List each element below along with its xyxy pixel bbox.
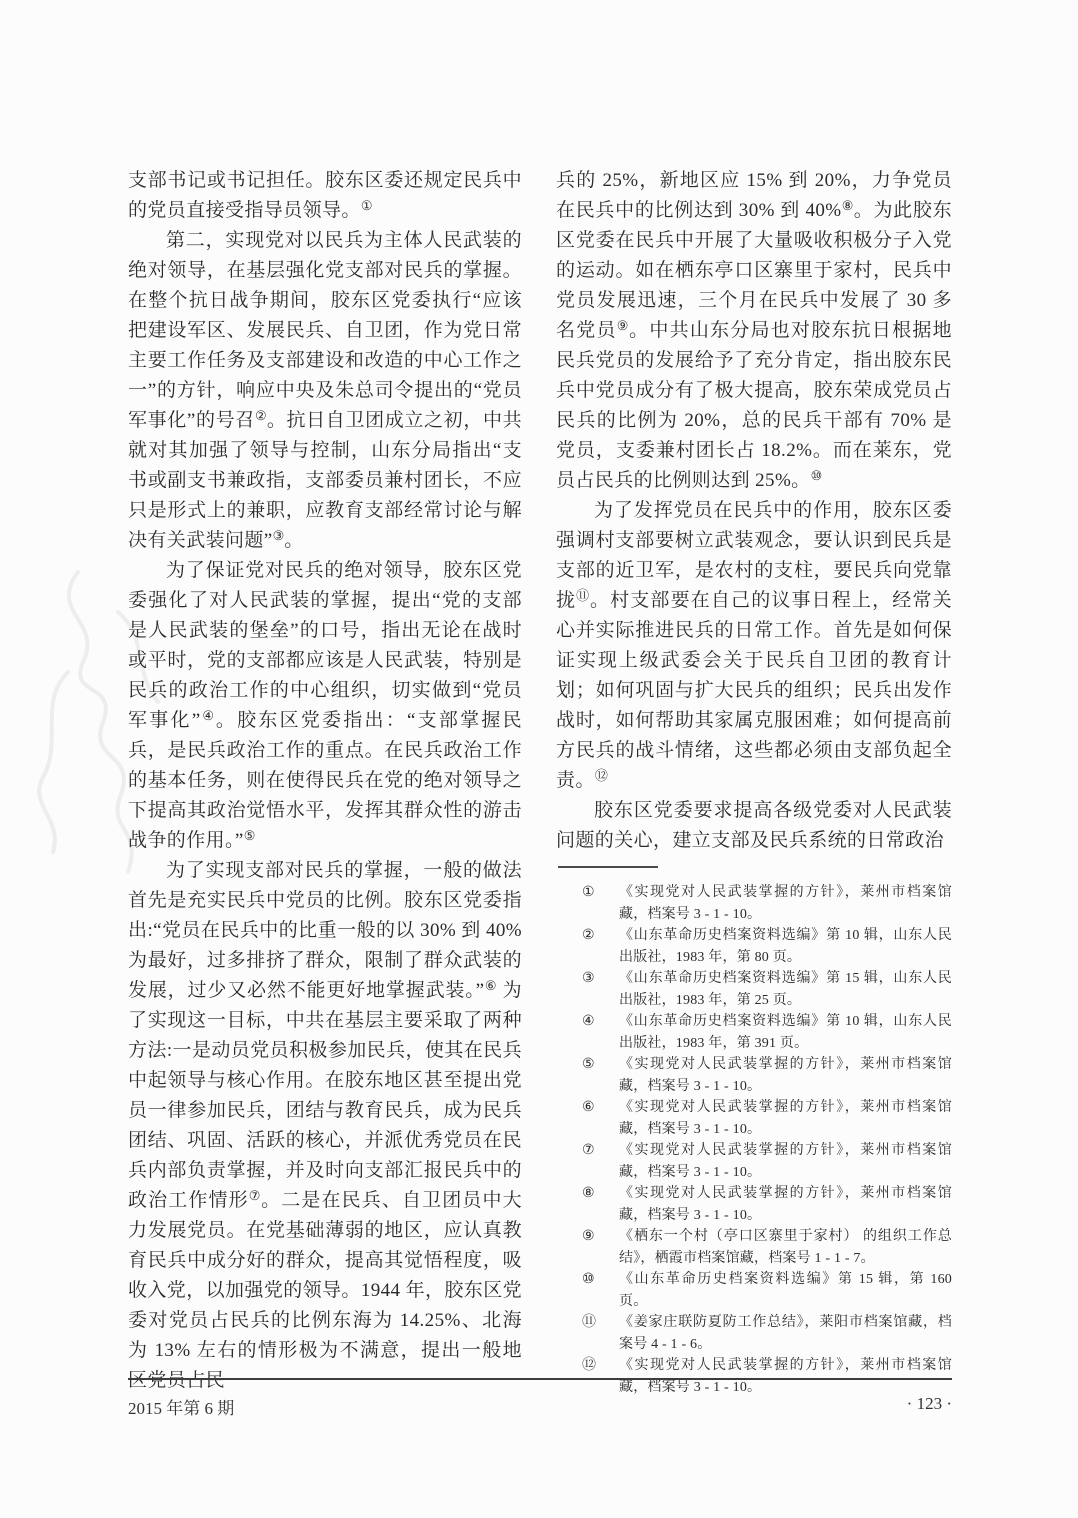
footnote-item: ⑦ 《实现党对人民武装掌握的方针》，莱州市档案馆藏，档案号 3 - 1 - 10… — [582, 1140, 952, 1183]
footer-issue: 2015 年第 6 期 — [128, 1394, 234, 1419]
footer-page-number: · 123 · — [907, 1394, 952, 1419]
footnote-text: 《实现党对人民武装掌握的方针》，莱州市档案馆藏，档案号 3 - 1 - 10。 — [619, 1140, 952, 1183]
footnote-item: ④ 《山东革命历史档案资料选编》第 10 辑，山东人民出版社，1983 年，第 … — [582, 1011, 952, 1054]
footnote-text: 《山东革命历史档案资料选编》第 10 辑，山东人民出版社，1983 年，第 39… — [619, 1011, 952, 1054]
footnote-marker: ④ — [582, 1011, 619, 1033]
footnote-text: 《实现党对人民武装掌握的方针》，莱州市档案馆藏，档案号 3 - 1 - 10。 — [619, 1097, 952, 1140]
footnote-text: 《实现党对人民武装掌握的方针》，莱州市档案馆藏，档案号 3 - 1 - 10。 — [619, 1355, 952, 1398]
footnote-text: 《姜家庄联防夏防工作总结》，莱阳市档案馆藏，档案号 4 - 1 - 6。 — [619, 1312, 952, 1355]
footnote-marker: ⑦ — [582, 1140, 619, 1162]
footnote-text: 《山东革命历史档案资料选编》第 10 辑，山东人民出版社，1983 年，第 80… — [619, 925, 952, 968]
page-footer: 2015 年第 6 期 · 123 · — [128, 1394, 952, 1419]
footnote-separator — [558, 866, 658, 868]
footnote-text: 《实现党对人民武装掌握的方针》，莱州市档案馆藏，档案号 3 - 1 - 10。 — [619, 1054, 952, 1097]
footnote-marker: ③ — [582, 968, 619, 990]
body-paragraph: 为了实现支部对民兵的掌握，一般的做法首先是充实民兵中党员的比例。胶东区党委指出:… — [128, 856, 522, 1396]
body-paragraph: 为了发挥党员在民兵中的作用，胶东区委强调村支部要树立武装观念，要认识到民兵是支部… — [556, 496, 952, 796]
footnote-item: ⑨ 《栖东一个村（亭口区寨里于家村） 的组织工作总结》，栖霞市档案馆藏，档案号 … — [582, 1226, 952, 1269]
footnote-item: ⑥ 《实现党对人民武装掌握的方针》，莱州市档案馆藏，档案号 3 - 1 - 10… — [582, 1097, 952, 1140]
footnote-text: 《实现党对人民武装掌握的方针》，莱州市档案馆藏，档案号 3 - 1 - 10。 — [619, 1183, 952, 1226]
footnote-marker: ② — [582, 925, 619, 947]
footer-rule — [128, 1378, 952, 1380]
body-paragraph: 第二，实现党对以民兵为主体人民武装的绝对领导，在基层强化党支部对民兵的掌握。在整… — [128, 226, 522, 556]
footnote-marker: ⑤ — [582, 1054, 619, 1076]
footnote-text: 《山东革命历史档案资料选编》第 15 辑，山东人民出版社，1983 年，第 25… — [619, 968, 952, 1011]
footnote-item: ① 《实现党对人民武装掌握的方针》，莱州市档案馆藏，档案号 3 - 1 - 10… — [582, 882, 952, 925]
left-text-column: 支部书记或书记担任。胶东区委还规定民兵中的党员直接受指导员领导。① 第二，实现党… — [128, 166, 522, 1396]
footnote-marker: ⑨ — [582, 1226, 619, 1248]
footnote-item: ⑪ 《姜家庄联防夏防工作总结》，莱阳市档案馆藏，档案号 4 - 1 - 6。 — [582, 1312, 952, 1355]
body-paragraph: 支部书记或书记担任。胶东区委还规定民兵中的党员直接受指导员领导。① — [128, 166, 522, 226]
footnotes-list: ① 《实现党对人民武装掌握的方针》，莱州市档案馆藏，档案号 3 - 1 - 10… — [556, 882, 952, 1398]
journal-page: 支部书记或书记担任。胶东区委还规定民兵中的党员直接受指导员领导。① 第二，实现党… — [0, 0, 1078, 1518]
footnote-item: ⑤ 《实现党对人民武装掌握的方针》，莱州市档案馆藏，档案号 3 - 1 - 10… — [582, 1054, 952, 1097]
footnote-marker: ⑧ — [582, 1183, 619, 1205]
footnote-text: 《栖东一个村（亭口区寨里于家村） 的组织工作总结》，栖霞市档案馆藏，档案号 1 … — [619, 1226, 952, 1269]
footnote-marker: ⑥ — [582, 1097, 619, 1119]
footnote-text: 《实现党对人民武装掌握的方针》，莱州市档案馆藏，档案号 3 - 1 - 10。 — [619, 882, 952, 925]
body-paragraph: 胶东区党委要求提高各级党委对人民武装问题的关心，建立支部及民兵系统的日常政治 — [556, 796, 952, 856]
footnote-item: ⑧ 《实现党对人民武装掌握的方针》，莱州市档案馆藏，档案号 3 - 1 - 10… — [582, 1183, 952, 1226]
body-paragraph: 兵的 25%，新地区应 15% 到 20%，力争党员在民兵中的比例达到 30% … — [556, 166, 952, 496]
footnote-item: ⑩ 《山东革命历史档案资料选编》第 15 辑，第 160 页。 — [582, 1269, 952, 1312]
footnote-item: ⑫ 《实现党对人民武装掌握的方针》，莱州市档案馆藏，档案号 3 - 1 - 10… — [582, 1355, 952, 1398]
footnote-marker: ⑩ — [582, 1269, 619, 1291]
right-text-column: 兵的 25%，新地区应 15% 到 20%，力争党员在民兵中的比例达到 30% … — [556, 166, 952, 1398]
footnote-item: ② 《山东革命历史档案资料选编》第 10 辑，山东人民出版社，1983 年，第 … — [582, 925, 952, 968]
footnote-item: ③ 《山东革命历史档案资料选编》第 15 辑，山东人民出版社，1983 年，第 … — [582, 968, 952, 1011]
footnote-marker: ⑪ — [582, 1312, 619, 1334]
footnote-marker: ① — [582, 882, 619, 904]
footnote-marker: ⑫ — [582, 1355, 619, 1377]
footnote-text: 《山东革命历史档案资料选编》第 15 辑，第 160 页。 — [619, 1269, 952, 1312]
body-paragraph: 为了保证党对民兵的绝对领导，胶东区党委强化了对人民武装的掌握，提出“党的支部是人… — [128, 556, 522, 856]
